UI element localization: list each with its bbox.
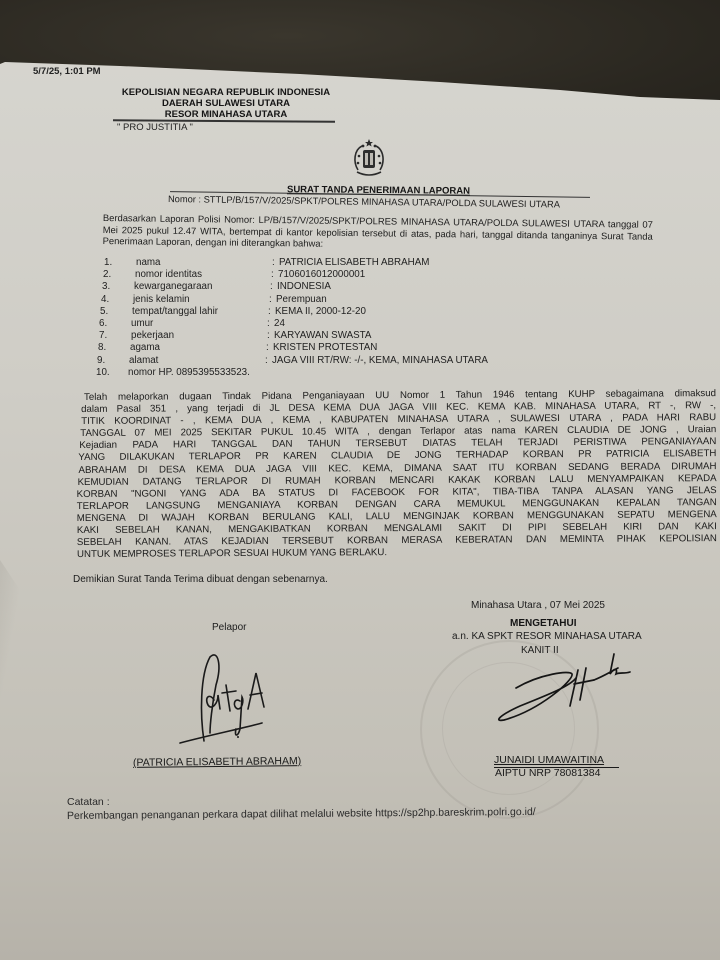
identity-row: 9.alamat:JAGA VIII RT/RW: -/-, KEMA, MIN… <box>97 355 547 367</box>
closing-statement: Demikian Surat Tanda Terima dibuat denga… <box>73 574 328 585</box>
on-behalf-of: a.n. KA SPKT RESOR MINAHASA UTARA <box>452 631 642 642</box>
identity-row-number: 3. <box>102 281 122 293</box>
identity-row-colon: : <box>268 306 271 318</box>
identity-row-colon: : <box>266 342 269 354</box>
identity-row-label: alamat <box>129 355 158 367</box>
identity-row-value: 24 <box>274 318 285 330</box>
identity-row-colon: : <box>269 294 272 306</box>
acknowledged-heading: MENGETAHUI <box>510 618 576 629</box>
police-emblem-icon <box>352 136 386 180</box>
identity-row-colon: : <box>267 318 270 330</box>
identity-row-value: Perempuan <box>276 294 327 306</box>
identity-row-label: jenis kelamin <box>133 294 190 306</box>
identity-row: 7.pekerjaan:KARYAWAN SWASTA <box>99 330 549 342</box>
identity-row-number: 10. <box>96 367 116 379</box>
identity-row-label: agama <box>130 342 160 354</box>
letterhead: KEPOLISIAN NEGARA REPUBLIK INDONESIA DAE… <box>116 87 336 120</box>
identity-row-value: INDONESIA <box>277 281 331 293</box>
identity-row: 4.jenis kelamin:Perempuan <box>101 294 551 306</box>
identity-row-number: 1. <box>104 257 124 269</box>
identity-row-label: nama <box>136 257 161 269</box>
note-label: Catatan : <box>67 796 110 808</box>
identity-row-label: tempat/tanggal lahir <box>132 306 218 318</box>
identity-row: 1.nama:PATRICIA ELISABETH ABRAHAM <box>104 257 554 269</box>
identity-row-label: nomor HP. 0895395533523. <box>128 367 250 379</box>
report-description: Telah melaporkan dugaan Tindak Pidana Pe… <box>76 388 717 561</box>
identity-row-label: kewarganegaraan <box>134 281 212 293</box>
identity-row: 10.nomor HP. 0895395533523. <box>96 367 546 379</box>
identity-row: 2.nomor identitas:7106016012000001 <box>103 269 553 281</box>
identity-row-value: JAGA VIII RT/RW: -/-, KEMA, MINAHASA UTA… <box>272 355 488 367</box>
letterhead-line3: RESOR MINAHASA UTARA <box>116 109 336 120</box>
identity-row-number: 8. <box>98 342 118 354</box>
identity-row: 3.kewarganegaraan:INDONESIA <box>102 281 552 293</box>
identity-row-value: 7106016012000001 <box>278 269 365 281</box>
identity-row: 5.tempat/tanggal lahir:KEMA II, 2000-12-… <box>100 306 550 318</box>
identity-row-label: umur <box>131 318 153 330</box>
identity-row-value: KARYAWAN SWASTA <box>274 330 371 342</box>
letterhead-line2: DAERAH SULAWESI UTARA <box>116 98 336 109</box>
print-timestamp: 5/7/25, 1:01 PM <box>33 66 101 77</box>
identity-row: 8.agama:KRISTEN PROTESTAN <box>98 342 548 354</box>
reporter-name: (PATRICIA ELISABETH ABRAHAM) <box>133 755 301 769</box>
identity-row-number: 9. <box>97 355 117 367</box>
pro-justitia: " PRO JUSTITIA " <box>117 122 193 133</box>
officer-signature <box>490 650 640 730</box>
identity-row: 6.umur:24 <box>99 318 549 330</box>
identity-row-colon: : <box>270 281 273 293</box>
letterhead-line1: KEPOLISIAN NEGARA REPUBLIK INDONESIA <box>116 87 336 98</box>
place-date: Minahasa Utara , 07 Mei 2025 <box>471 600 605 611</box>
identity-row-number: 4. <box>101 294 121 306</box>
officer-rank-nrp: AIPTU NRP 78081384 <box>495 767 600 779</box>
officer-name: JUNAIDI UMAWAITINA <box>494 754 604 766</box>
reporter-label: Pelapor <box>212 622 246 633</box>
intro-paragraph: Berdasarkan Laporan Polisi Nomor: LP/B/1… <box>103 212 653 253</box>
identity-row-colon: : <box>272 257 275 269</box>
identity-row-label: nomor identitas <box>135 269 202 281</box>
identity-row-colon: : <box>267 330 270 342</box>
identity-row-value: PATRICIA ELISABETH ABRAHAM <box>279 257 429 269</box>
identity-row-label: pekerjaan <box>131 330 174 342</box>
identity-row-number: 7. <box>99 330 119 342</box>
identity-row-number: 5. <box>100 306 120 318</box>
identity-row-number: 2. <box>103 269 123 281</box>
identity-row-value: KEMA II, 2000-12-20 <box>275 306 366 318</box>
identity-row-colon: : <box>271 269 274 281</box>
reporter-signature <box>170 645 280 755</box>
identity-row-number: 6. <box>99 318 119 330</box>
identity-row-colon: : <box>265 355 268 367</box>
identity-row-value: KRISTEN PROTESTAN <box>273 342 377 354</box>
